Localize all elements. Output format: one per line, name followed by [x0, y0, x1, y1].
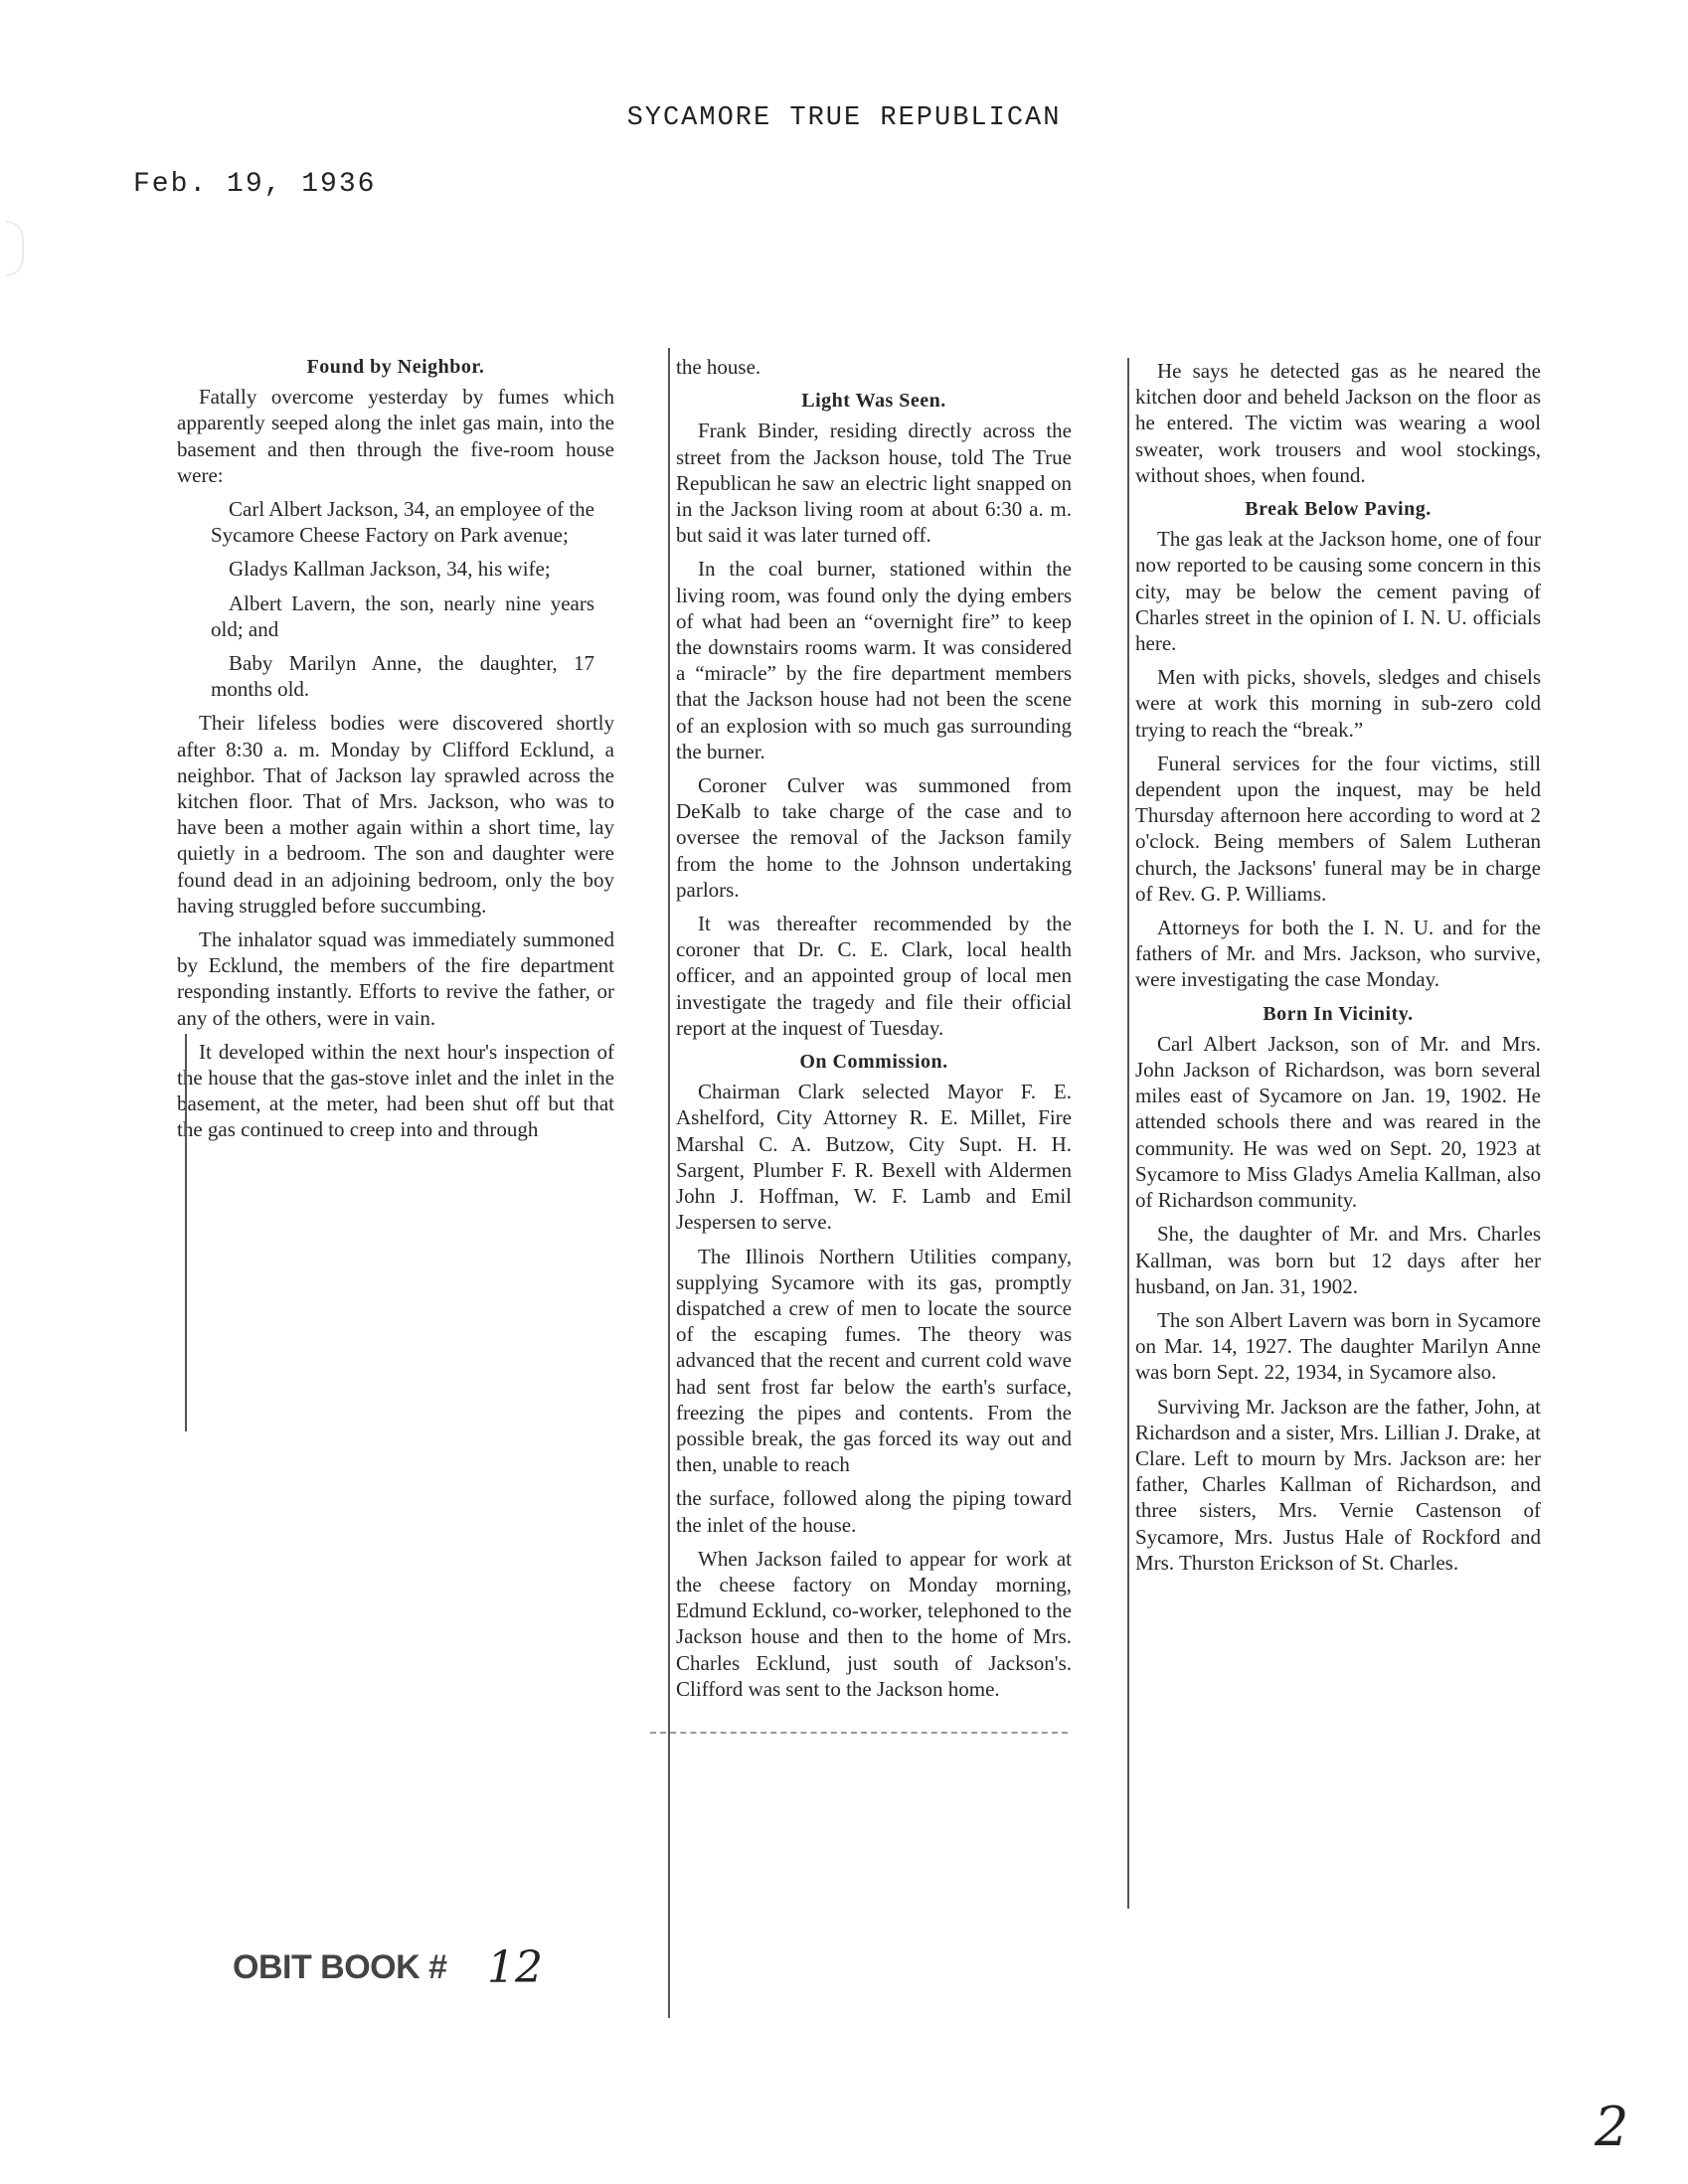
article-paragraph: He says he detected gas as he neared the… [1135, 358, 1541, 488]
article-column-3: He says he detected gas as he neared the… [1135, 358, 1541, 1584]
article-paragraph: It developed within the next hour's insp… [177, 1039, 614, 1143]
victim-list-item: Carl Albert Jackson, 34, an employee of … [211, 496, 594, 548]
victim-list-item: Gladys Kallman Jackson, 34, his wife; [211, 556, 594, 582]
article-paragraph: Funeral services for the four victims, s… [1135, 751, 1541, 907]
article-paragraph: Their lifeless bodies were discovered sh… [177, 710, 614, 919]
article-paragraph: Frank Binder, residing directly across t… [676, 418, 1072, 548]
article-column-2: the house.Light Was Seen.Frank Binder, r… [676, 354, 1072, 1710]
article-column-1: Found by Neighbor.Fatally overcome yeste… [177, 352, 614, 1151]
article-paragraph: the surface, followed along the piping t… [676, 1485, 1072, 1537]
article-paragraph: The Illinois Northern Utilities company,… [676, 1244, 1072, 1478]
article-paragraph: In the coal burner, stationed within the… [676, 556, 1072, 764]
article-paragraph: Attorneys for both the I. N. U. and for … [1135, 915, 1541, 993]
article-paragraph: The son Albert Lavern was born in Sycamo… [1135, 1307, 1541, 1386]
victim-list-item: Baby Marilyn Anne, the daughter, 17 mont… [211, 650, 594, 702]
article-paragraph: Men with picks, shovels, sledges and chi… [1135, 664, 1541, 743]
clipping-cut-line [650, 1732, 1068, 1734]
section-heading: Found by Neighbor. [177, 354, 614, 380]
publication-date: Feb. 19, 1936 [133, 169, 376, 200]
article-paragraph: The gas leak at the Jackson home, one of… [1135, 526, 1541, 656]
article-paragraph: When Jackson failed to appear for work a… [676, 1546, 1072, 1702]
section-heading: Light Was Seen. [676, 388, 1072, 414]
section-heading: Break Below Paving. [1135, 496, 1541, 522]
column-rule-middle [668, 348, 670, 2018]
column-rule-left [185, 1034, 187, 1431]
victim-list-item: Albert Lavern, the son, nearly nine year… [211, 590, 594, 642]
article-paragraph: She, the daughter of Mr. and Mrs. Charle… [1135, 1221, 1541, 1299]
section-heading: On Commission. [676, 1049, 1072, 1075]
article-paragraph: Fatally overcome yesterday by fumes whic… [177, 384, 614, 488]
article-paragraph: the house. [676, 354, 1072, 380]
article-paragraph: It was thereafter recommended by the cor… [676, 911, 1072, 1041]
article-paragraph: The inhalator squad was immediately summ… [177, 926, 614, 1031]
handwritten-book-number: 12 [487, 1942, 543, 1993]
section-heading: Born In Vicinity. [1135, 1001, 1541, 1027]
article-paragraph: Chairman Clark selected Mayor F. E. Ashe… [676, 1079, 1072, 1235]
obit-book-stamp: OBIT BOOK # [233, 1948, 447, 1987]
article-paragraph: Carl Albert Jackson, son of Mr. and Mrs.… [1135, 1031, 1541, 1213]
newspaper-title: SYCAMORE TRUE REPUBLICAN [0, 103, 1688, 133]
article-paragraph: Coroner Culver was summoned from DeKalb … [676, 772, 1072, 903]
article-paragraph: Surviving Mr. Jackson are the father, Jo… [1135, 1394, 1541, 1576]
column-rule-right [1127, 358, 1129, 1909]
punch-hole-mark [6, 221, 24, 276]
handwritten-page-number: 2 [1595, 2096, 1628, 2158]
